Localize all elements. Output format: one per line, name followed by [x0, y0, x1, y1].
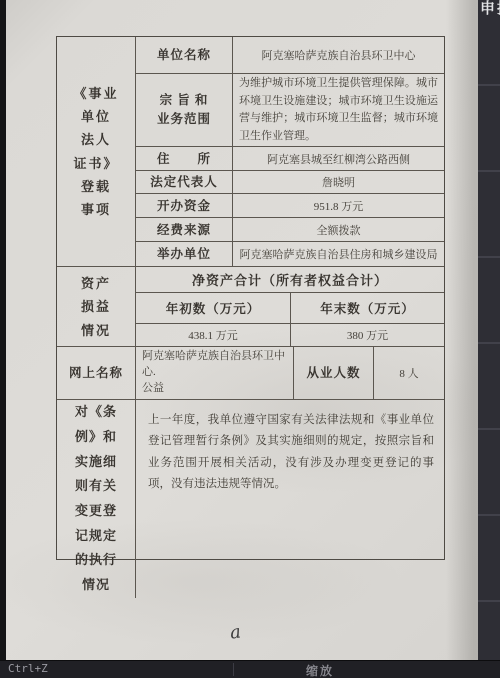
- field-value-capital: 951.8 万元: [233, 194, 444, 217]
- field-value-funding: 全额拨款: [233, 218, 444, 241]
- undo-shortcut-label[interactable]: Ctrl+Z: [8, 662, 48, 675]
- registration-table: 《事业 单位 法人 证书》 登载 事项 单位名称 阿克塞哈萨克族自治县环卫中心 …: [56, 36, 445, 560]
- photo-frame: 申报 《事业 单位 法人 证书》 登载 事项 单位名称 阿克塞哈萨克族自治县环卫…: [0, 0, 500, 678]
- table-row: 开办资金 951.8 万元: [136, 194, 444, 218]
- year-start-value: 438.1 万元: [136, 324, 291, 346]
- year-end-header: 年末数（万元）: [291, 293, 444, 323]
- year-end-value: 380 万元: [291, 324, 444, 346]
- net-assets-header: 净资产合计（所有者权益合计）: [136, 267, 444, 293]
- handwritten-mark: a: [229, 621, 243, 643]
- table-row: 单位名称 阿克塞哈萨克族自治县环卫中心: [136, 37, 444, 74]
- bar-divider: [233, 663, 234, 676]
- field-label-address: 住 所: [136, 147, 233, 170]
- online-name-value: 阿克塞哈萨克族自治县环卫中心. 公益: [136, 347, 294, 399]
- field-label-legal-rep: 法定代表人: [136, 171, 233, 193]
- field-label-purpose: 宗 旨 和 业务范围: [136, 74, 233, 146]
- table-row: 举办单位 阿克塞哈萨克族自治县住房和城乡建设局: [136, 242, 444, 267]
- zoom-control-label[interactable]: 缩放: [306, 662, 334, 678]
- field-label-unit-name: 单位名称: [136, 37, 233, 73]
- app-bottom-bar: Ctrl+Z 缩放: [0, 660, 500, 678]
- field-value-legal-rep: 詹晓明: [233, 171, 444, 193]
- online-name-row: 网上名称 阿克塞哈萨克族自治县环卫中心. 公益 从业人数 8 人: [57, 347, 444, 400]
- assets-section: 资产 损益 情况 净资产合计（所有者权益合计） 年初数（万元） 年末数（万元） …: [57, 267, 444, 347]
- certificate-section-label: 《事业 单位 法人 证书》 登载 事项: [57, 37, 136, 267]
- assets-col-headers: 年初数（万元） 年末数（万元）: [136, 293, 444, 324]
- table-row: 法定代表人 詹晓明: [136, 171, 444, 194]
- certificate-section: 《事业 单位 法人 证书》 登载 事项 单位名称 阿克塞哈萨克族自治县环卫中心 …: [57, 37, 444, 267]
- table-row: 经费来源 全额拨款: [136, 218, 444, 242]
- document-paper: 《事业 单位 法人 证书》 登载 事项 单位名称 阿克塞哈萨克族自治县环卫中心 …: [6, 0, 478, 661]
- assets-values: 438.1 万元 380 万元: [136, 324, 444, 347]
- compliance-section-label: 对《条 例》和 实施细 则有关 变更登 记规定 的执行 情况: [57, 400, 136, 598]
- field-label-funding: 经费来源: [136, 218, 233, 241]
- year-start-header: 年初数（万元）: [136, 293, 291, 323]
- field-label-capital: 开办资金: [136, 194, 233, 217]
- staff-count-value: 8 人: [374, 347, 444, 399]
- field-value-unit-name: 阿克塞哈萨克族自治县环卫中心: [233, 37, 444, 73]
- table-row: 住 所 阿克塞县城至红柳湾公路西侧: [136, 147, 444, 171]
- field-value-address: 阿克塞县城至红柳湾公路西侧: [233, 147, 444, 170]
- field-label-sponsor: 举办单位: [136, 242, 233, 266]
- table-row: 宗 旨 和 业务范围 为维护城市环境卫生提供管理保障。城市环境卫生设施建设；城市…: [136, 74, 444, 147]
- field-value-purpose: 为维护城市环境卫生提供管理保障。城市环境卫生设施建设；城市环境卫生设施运营与维护…: [233, 74, 444, 146]
- assets-section-label: 资产 损益 情况: [57, 267, 136, 347]
- online-name-label: 网上名称: [57, 347, 136, 399]
- clipped-corner-text: 申报: [480, 0, 500, 18]
- field-value-sponsor: 阿克塞哈萨克族自治县住房和城乡建设局: [233, 242, 444, 266]
- compliance-section: 对《条 例》和 实施细 则有关 变更登 记规定 的执行 情况 上一年度，我单位遵…: [57, 400, 444, 598]
- compliance-statement: 上一年度，我单位遵守国家有关法律法规和《事业单位登记管理暂行条例》及其实施细则的…: [136, 400, 444, 598]
- staff-count-label: 从业人数: [294, 347, 374, 399]
- screen-right-strip: 申报: [478, 0, 500, 678]
